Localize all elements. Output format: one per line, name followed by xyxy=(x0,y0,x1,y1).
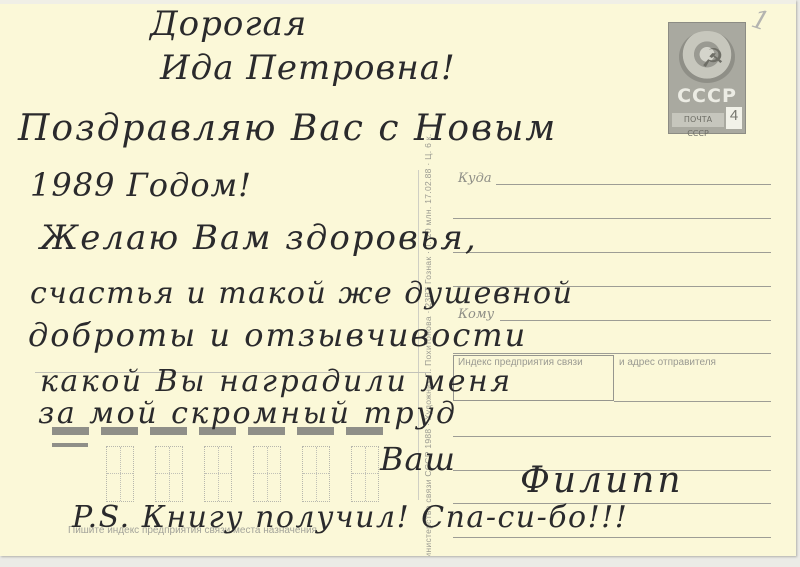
handwriting-line: какой Вы наградили меня xyxy=(40,364,513,399)
handwriting-addressee: Ида Петровна! xyxy=(160,48,456,88)
zip-sample-bar xyxy=(52,443,88,447)
handwriting-signature: Филипп xyxy=(520,460,684,501)
zip-digit-box xyxy=(155,446,183,502)
handwriting-line: за мой скромный труд xyxy=(38,396,458,431)
zip-digit-box xyxy=(351,446,379,502)
handwriting-line: счастья и такой же душевной xyxy=(30,276,573,311)
address-to-label: Куда xyxy=(458,171,492,186)
corner-number-mark: 1 xyxy=(748,4,773,38)
handwriting-line: Поздравляю Вас с Новым xyxy=(18,108,557,149)
sender-address-caption: и адрес отправителя xyxy=(619,357,716,368)
sender-line xyxy=(453,436,771,437)
address-line xyxy=(453,252,771,253)
handwriting-line: 1989 Годом! xyxy=(30,166,252,204)
sender-line xyxy=(614,401,771,402)
zip-digit-box xyxy=(253,446,281,502)
zip-digit-box xyxy=(302,446,330,502)
address-line xyxy=(496,184,771,185)
stamp-country: СССР xyxy=(672,85,742,107)
postcard: ☭ СССР ПОЧТА СССР 4 1 Министерство связи… xyxy=(0,0,796,556)
zip-digit-box xyxy=(204,446,232,502)
handwriting-greeting: Дорогая xyxy=(150,4,307,44)
stamp-postal-text: ПОЧТА СССР xyxy=(672,113,724,127)
zip-digit-box xyxy=(106,446,134,502)
handwriting-line: доброты и отзывчивости xyxy=(28,316,527,354)
address-line xyxy=(500,320,771,321)
postage-stamp: ☭ СССР ПОЧТА СССР 4 xyxy=(668,22,746,134)
card-top-edge xyxy=(0,0,796,4)
stamp-value: 4 xyxy=(726,107,742,129)
hammer-sickle-icon: ☭ xyxy=(701,45,724,71)
handwriting-signature-prefix: Ваш xyxy=(380,440,456,478)
handwriting-postscript: P.S. Книгу получил! Спа-си-бо!!! xyxy=(72,500,628,535)
sender-line xyxy=(453,537,771,538)
handwriting-line: Желаю Вам здоровья, xyxy=(40,218,478,258)
address-line xyxy=(453,218,771,219)
ussr-coat-of-arms-icon: ☭ xyxy=(679,31,735,83)
